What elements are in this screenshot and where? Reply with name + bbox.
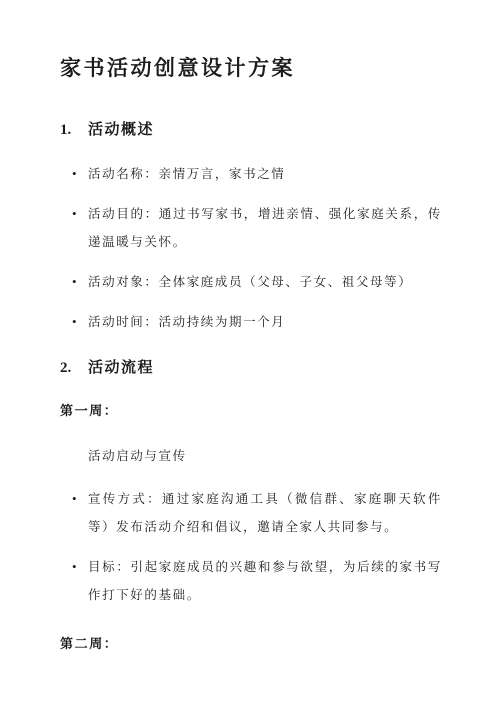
bullet-icon: • [72,200,77,228]
section-heading-overview: 1. 活动概述 [60,118,442,139]
bullet-icon: • [72,268,77,296]
section-heading-label: 活动概述 [88,118,154,139]
list-item: • 活动名称：亲情万言，家书之情 [60,160,442,188]
bullet-icon: • [72,308,77,336]
week1-subtitle: 活动启动与宣传 [88,449,442,464]
week1-label: 第一周： [60,403,442,419]
document-page: 家书活动创意设计方案 1. 活动概述 • 活动名称：亲情万言，家书之情 • 活动… [0,0,500,707]
list-item: • 宣传方式：通过家庭沟通工具（微信群、家庭聊天软件等）发布活动介绍和倡议，邀请… [60,485,442,541]
list-item-text: 活动目的：通过书写家书，增进亲情、强化家庭关系，传递温暖与关怀。 [88,207,442,249]
section-heading-label: 活动流程 [88,356,154,377]
document-title: 家书活动创意设计方案 [60,56,442,81]
list-item-text: 活动对象：全体家庭成员（父母、子女、祖父母等） [88,275,412,289]
section-number: 1. [60,122,88,139]
list-item-text: 活动时间：活动持续为期一个月 [88,315,285,329]
overview-bullet-list: • 活动名称：亲情万言，家书之情 • 活动目的：通过书写家书，增进亲情、强化家庭… [60,160,442,336]
bullet-icon: • [72,485,77,513]
list-item-text: 目标：引起家庭成员的兴趣和参与欲望，为后续的家书写作打下好的基础。 [88,560,442,602]
section-heading-flow: 2. 活动流程 [60,356,442,377]
week2-label: 第二周： [60,636,442,652]
list-item-text: 宣传方式：通过家庭沟通工具（微信群、家庭聊天软件等）发布活动介绍和倡议，邀请全家… [88,492,442,534]
list-item: • 活动对象：全体家庭成员（父母、子女、祖父母等） [60,268,442,296]
bullet-icon: • [72,160,77,188]
week1-bullet-list: • 宣传方式：通过家庭沟通工具（微信群、家庭聊天软件等）发布活动介绍和倡议，邀请… [60,485,442,609]
section-number: 2. [60,360,88,377]
list-item: • 活动目的：通过书写家书，增进亲情、强化家庭关系，传递温暖与关怀。 [60,200,442,256]
bullet-icon: • [72,553,77,581]
list-item: • 目标：引起家庭成员的兴趣和参与欲望，为后续的家书写作打下好的基础。 [60,553,442,609]
list-item: • 活动时间：活动持续为期一个月 [60,308,442,336]
list-item-text: 活动名称：亲情万言，家书之情 [88,167,285,181]
